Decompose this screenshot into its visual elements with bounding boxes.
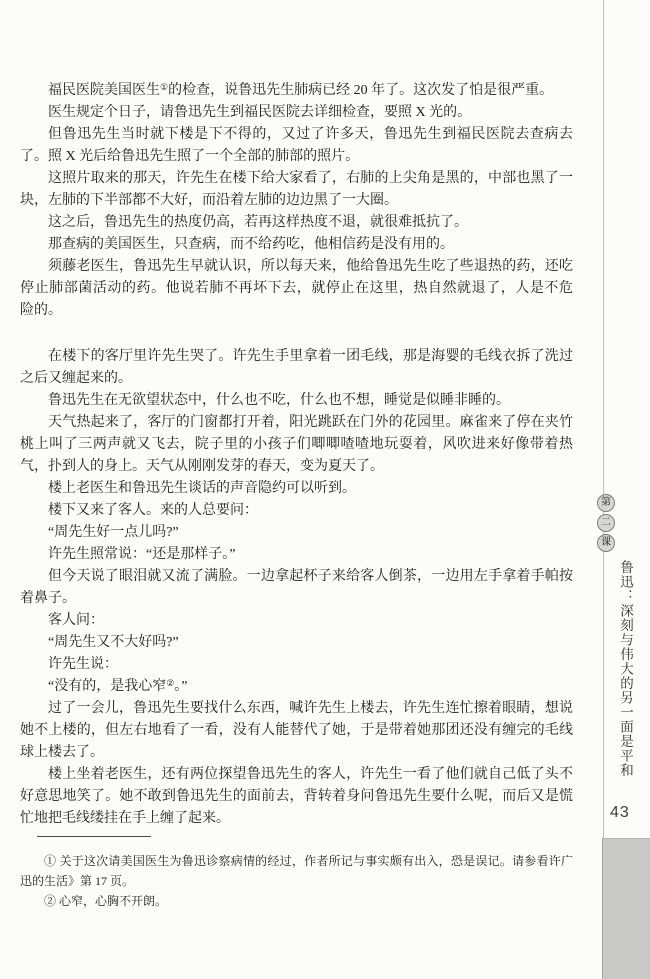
text-line: 这照片取来的那天，许先生在楼下给大家看了，右肺的上尖角是黑的，中部也黑了一 <box>20 168 573 190</box>
paragraph: 福民医院美国医生①的检查，说鲁迅先生肺病已经 20 年了。这次发了怕是很严重。 <box>20 80 573 102</box>
paragraph: 但鲁迅先生当时就下楼是下不得的，又过了许多天，鲁迅先生到福民医院去查病去了。照 … <box>20 124 573 168</box>
text-line: 之后又缠起来的。 <box>20 368 573 390</box>
paragraph: 客人问： <box>20 610 573 632</box>
text-line: 医生规定个日子，请鲁迅先生到福民医院去详细检查，要照 X 光的。 <box>20 102 573 124</box>
text-line: “周先生好一点儿吗?” <box>20 522 573 544</box>
paragraph: 楼上坐着老医生，还有两位探望鲁迅先生的客人，许先生一看了他们就自己低了头不好意思… <box>20 764 573 830</box>
paragraph: “没有的，是我心窄②。” <box>20 676 573 698</box>
paragraph: 许先生说： <box>20 654 573 676</box>
paragraph: 那查病的美国医生，只查病，而不给药吃，他相信药是没有用的。 <box>20 234 573 256</box>
paragraph: 但今天说了眼泪就又流了满脸。一边拿起杯子来给客人倒茶，一边用左手拿着手帕按着鼻子… <box>20 566 573 610</box>
text-line: 球上楼去了。 <box>20 742 573 764</box>
text-line: 迅的生活》第 17 页。 <box>20 871 573 891</box>
paragraph: 须藤老医生，鲁迅先生早就认识，所以每天来，他给鲁迅先生吃了些退热的药，还吃停止肺… <box>20 256 573 322</box>
text-line: 但今天说了眼泪就又流了满脸。一边拿起杯子来给客人倒茶，一边用左手拿着手帕按 <box>20 566 573 588</box>
text-line: 她不上楼的，但左右地看了一看，没有人能替代了她，于是带着她那团还没有缠完的毛线 <box>20 720 573 742</box>
paragraph: 在楼下的客厅里许先生哭了。许先生手里拿着一团毛线，那是海婴的毛线衣拆了洗过之后又… <box>20 346 573 390</box>
paragraph: “周先生又不大好吗?” <box>20 632 573 654</box>
page-number: 43 <box>610 804 630 822</box>
lesson-badge-3: 课 <box>597 534 615 552</box>
text-line: 许先生说： <box>20 654 573 676</box>
text-line: ① 关于这次请美国医生为鲁迅诊察病情的经过，作者所记与事实颇有出入，恐是误记。请… <box>20 851 573 871</box>
paragraph: 楼上老医生和鲁迅先生谈话的声音隐约可以听到。 <box>20 478 573 500</box>
text-line: 楼上坐着老医生，还有两位探望鲁迅先生的客人，许先生一看了他们就自己低了头不 <box>20 764 573 786</box>
text-line: 天气热起来了，客厅的门窗都打开着，阳光跳跃在门外的花园里。麻雀来了停在夹竹 <box>20 412 573 434</box>
text-line: 鲁迅先生在无欲望状态中，什么也不吃，什么也不想，睡觉是似睡非睡的。 <box>20 390 573 412</box>
text-line: 桃上叫了三两声就又飞去，院子里的小孩子们唧唧喳喳地玩耍着，风吹进来好像带着热 <box>20 434 573 456</box>
lesson-badge-1: 第 <box>597 494 615 512</box>
text-section: 福民医院美国医生①的检查，说鲁迅先生肺病已经 20 年了。这次发了怕是很严重。医… <box>20 80 573 322</box>
paragraph: 这之后，鲁迅先生的热度仍高，若再这样热度不退，就很难抵抗了。 <box>20 212 573 234</box>
main-text-block: 福民医院美国医生①的检查，说鲁迅先生肺病已经 20 年了。这次发了怕是很严重。医… <box>20 80 573 830</box>
paragraph: 楼下又来了客人。来的人总要问： <box>20 500 573 522</box>
text-line: “没有的，是我心窄②。” <box>20 676 573 698</box>
footnote-item: ① 关于这次请美国医生为鲁迅诊察病情的经过，作者所记与事实颇有出入，恐是误记。请… <box>20 851 573 891</box>
text-line: 气，扑到人的身上。天气从刚刚发芽的春天，变为夏天了。 <box>20 456 573 478</box>
text-line: 着鼻子。 <box>20 588 573 610</box>
text-line: 块，左肺的下半部都不大好，而沿着左肺的边边黑了一大圈。 <box>20 190 573 212</box>
footnotes-block: ① 关于这次请美国医生为鲁迅诊察病情的经过，作者所记与事实颇有出入，恐是误记。请… <box>20 851 573 911</box>
text-line: 楼上老医生和鲁迅先生谈话的声音隐约可以听到。 <box>20 478 573 500</box>
text-line: 这之后，鲁迅先生的热度仍高，若再这样热度不退，就很难抵抗了。 <box>20 212 573 234</box>
page-edge-gray-block <box>602 838 650 979</box>
footnote-divider <box>37 836 151 837</box>
paragraph: 这照片取来的那天，许先生在楼下给大家看了，右肺的上尖角是黑的，中部也黑了一块，左… <box>20 168 573 212</box>
text-section: 在楼下的客厅里许先生哭了。许先生手里拿着一团毛线，那是海婴的毛线衣拆了洗过之后又… <box>20 346 573 830</box>
paragraph: 过了一会儿，鲁迅先生要找什么东西，喊许先生上楼去，许先生连忙擦着眼睛，想说她不上… <box>20 698 573 764</box>
text-line: 了。照 X 光后给鲁迅先生照了一个全部的肺部的照片。 <box>20 146 573 168</box>
text-line: 停止肺部菌活动的药。他说若肺不再坏下去，就停止在这里，热自然就退了，人是不危 <box>20 278 573 300</box>
text-line: ② 心窄，心胸不开朗。 <box>20 891 573 911</box>
footnote-ref: ② <box>166 678 174 688</box>
paragraph: 许先生照常说：“还是那样子。” <box>20 544 573 566</box>
text-line: 福民医院美国医生①的检查，说鲁迅先生肺病已经 20 年了。这次发了怕是很严重。 <box>20 80 573 102</box>
paragraph: 天气热起来了，客厅的门窗都打开着，阳光跳跃在门外的花园里。麻雀来了停在夹竹桃上叫… <box>20 412 573 478</box>
footnote-item: ② 心窄，心胸不开朗。 <box>20 891 573 911</box>
text-line: 须藤老医生，鲁迅先生早就认识，所以每天来，他给鲁迅先生吃了些退热的药，还吃 <box>20 256 573 278</box>
text-line: 楼下又来了客人。来的人总要问： <box>20 500 573 522</box>
paragraph: 鲁迅先生在无欲望状态中，什么也不吃，什么也不想，睡觉是似睡非睡的。 <box>20 390 573 412</box>
text-line: 忙地把毛线缕挂在手上缠了起来。 <box>20 808 573 830</box>
paragraph: “周先生好一点儿吗?” <box>20 522 573 544</box>
footnote-ref: ① <box>160 82 168 92</box>
lesson-number-badges: 第 二 课 <box>596 494 616 554</box>
sidebar-rule <box>603 0 604 838</box>
text-line: 险的。 <box>20 300 573 322</box>
text-line: 那查病的美国医生，只查病，而不给药吃，他相信药是没有用的。 <box>20 234 573 256</box>
text-line: 好意思地笑了。她不敢到鲁迅先生的面前去，背转着身问鲁迅先生要什么呢，而后又是慌 <box>20 786 573 808</box>
text-line: “周先生又不大好吗?” <box>20 632 573 654</box>
text-line: 客人问： <box>20 610 573 632</box>
text-line: 过了一会儿，鲁迅先生要找什么东西，喊许先生上楼去，许先生连忙擦着眼睛，想说 <box>20 698 573 720</box>
chapter-title-vertical: 鲁迅：深刻与伟大的另一面是平和 <box>615 560 635 784</box>
text-line: 许先生照常说：“还是那样子。” <box>20 544 573 566</box>
lesson-badge-2: 二 <box>597 514 615 532</box>
text-line: 在楼下的客厅里许先生哭了。许先生手里拿着一团毛线，那是海婴的毛线衣拆了洗过 <box>20 346 573 368</box>
paragraph: 医生规定个日子，请鲁迅先生到福民医院去详细检查，要照 X 光的。 <box>20 102 573 124</box>
text-line: 但鲁迅先生当时就下楼是下不得的，又过了许多天，鲁迅先生到福民医院去查病去 <box>20 124 573 146</box>
book-page: 福民医院美国医生①的检查，说鲁迅先生肺病已经 20 年了。这次发了怕是很严重。医… <box>0 0 650 979</box>
